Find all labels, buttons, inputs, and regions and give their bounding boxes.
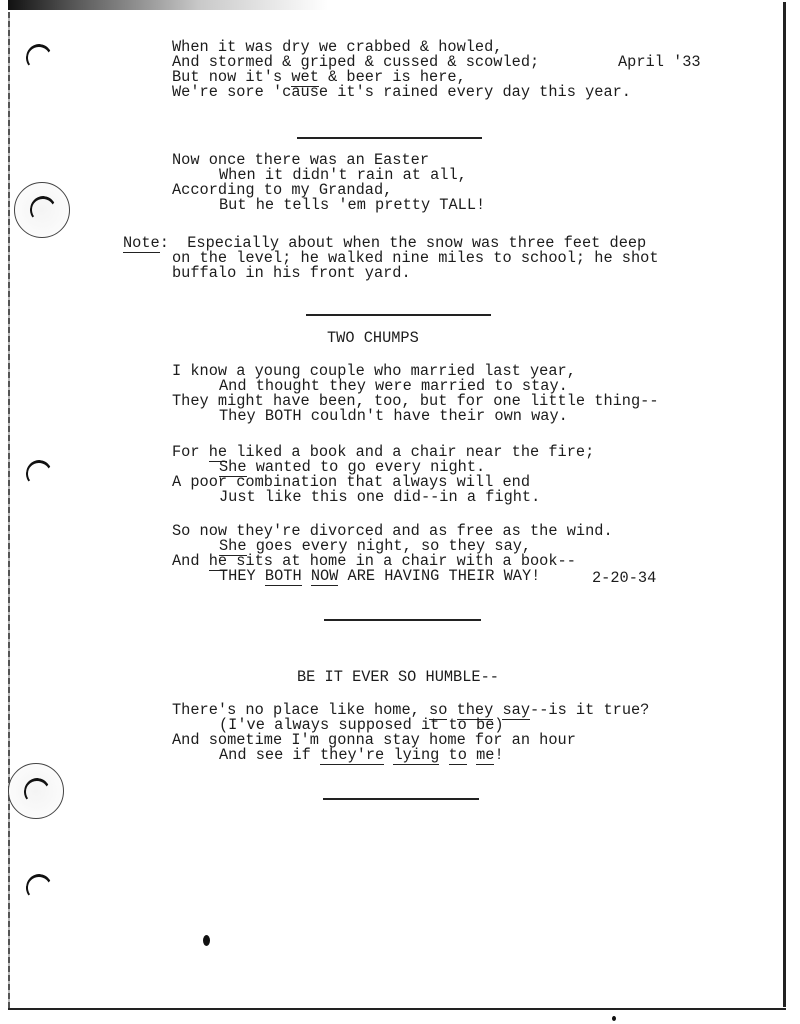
- text: [302, 567, 311, 585]
- poem-line: And see if they're lying to me!: [219, 747, 504, 763]
- date-stamp: April '33: [618, 54, 701, 70]
- text: And: [172, 552, 209, 570]
- date-stamp: 2-20-34: [592, 570, 656, 586]
- section-divider: [306, 314, 491, 316]
- page-edge-right: [783, 2, 786, 1007]
- text: --is it true?: [530, 701, 649, 719]
- underlined-word: say: [502, 701, 530, 720]
- underlined-word: to: [449, 746, 467, 765]
- section-divider: [297, 137, 482, 139]
- ink-speck: [612, 1016, 616, 1021]
- underlined-word: me: [476, 746, 494, 765]
- text: [467, 746, 476, 764]
- binder-hole-mark-icon: [24, 42, 54, 73]
- page-edge-left: [8, 12, 10, 1010]
- text: THEY: [219, 567, 265, 585]
- underlined-word: lying: [393, 746, 439, 765]
- binder-hole-mark-icon: [24, 872, 54, 903]
- poem-line: THEY BOTH NOW ARE HAVING THEIR WAY!: [219, 568, 540, 584]
- poem-title: TWO CHUMPS: [327, 330, 419, 346]
- text: And see if: [219, 746, 320, 764]
- poem-line: We're sore 'cause it's rained every day …: [172, 84, 631, 100]
- poem-title: BE IT EVER SO HUMBLE--: [297, 669, 499, 685]
- poem-line: Just like this one did--in a fight.: [219, 489, 540, 505]
- text: For: [172, 443, 209, 461]
- text: [439, 746, 448, 764]
- note-line: buffalo in his front yard.: [172, 265, 411, 281]
- underlined-word: they're: [320, 746, 384, 765]
- underlined-word: NOW: [311, 567, 339, 586]
- underlined-word: BOTH: [265, 567, 302, 586]
- text: !: [494, 746, 503, 764]
- text: ARE HAVING THEIR WAY!: [338, 567, 540, 585]
- section-divider: [324, 619, 481, 621]
- scan-smudge: [8, 0, 328, 10]
- ink-blot: [203, 935, 210, 946]
- section-divider: [323, 798, 479, 800]
- binder-hole-mark-icon: [24, 458, 54, 489]
- poem-line: But he tells 'em pretty TALL!: [219, 197, 485, 213]
- page-edge-bottom: [8, 1008, 786, 1010]
- note-label: Note: [123, 234, 160, 253]
- poem-line: They BOTH couldn't have their own way.: [219, 408, 568, 424]
